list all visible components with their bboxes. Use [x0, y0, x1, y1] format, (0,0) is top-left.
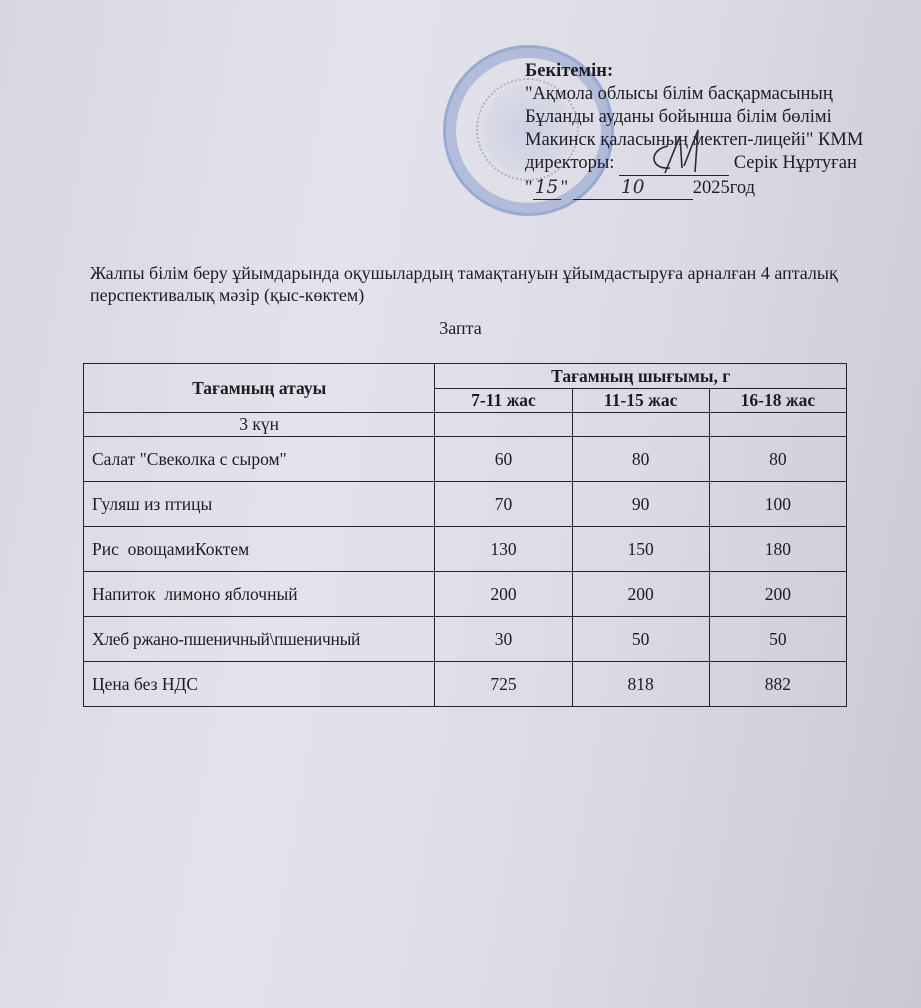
value-cell: 60: [435, 437, 572, 482]
value-cell: 180: [709, 527, 846, 572]
value-cell: 80: [572, 437, 709, 482]
value-cell: 150: [572, 527, 709, 572]
director-name: Серік Нұртуған: [734, 153, 857, 173]
dish-name: Хлеб ржано-пшеничный\пшеничный: [84, 617, 435, 662]
header-age-group: 16-18 жас: [709, 389, 846, 413]
approval-heading: Бекітемін:: [525, 60, 863, 83]
value-cell: 100: [709, 482, 846, 527]
price-value: 818: [572, 662, 709, 707]
table-row: Рис овощамиКоктем 130 150 180: [84, 527, 847, 572]
dish-name: Рис овощамиКоктем: [84, 527, 435, 572]
menu-table: Тағамның атауы Тағамның шығымы, г 7-11 ж…: [83, 363, 847, 707]
dish-name: Гуляш из птицы: [84, 482, 435, 527]
director-label: директоры:: [525, 153, 614, 173]
table-row: Напиток лимоно яблочный 200 200 200: [84, 572, 847, 617]
header-age-group: 7-11 жас: [435, 389, 572, 413]
value-cell: 30: [435, 617, 572, 662]
value-cell: 50: [709, 617, 846, 662]
day-row: 3 күн: [84, 413, 847, 437]
header-output: Тағамның шығымы, г: [435, 364, 847, 389]
value-cell: 130: [435, 527, 572, 572]
table-row: Гуляш из птицы 70 90 100: [84, 482, 847, 527]
signature-icon: [640, 128, 710, 188]
price-label: Цена без НДС: [84, 662, 435, 707]
empty-cell: [435, 413, 572, 437]
value-cell: 90: [572, 482, 709, 527]
document-title: Жалпы білім беру ұйымдарында оқушылардың…: [90, 262, 850, 306]
value-cell: 200: [709, 572, 846, 617]
value-cell: 200: [435, 572, 572, 617]
day-label: 3 күн: [84, 413, 435, 437]
header-row: Тағамның атауы Тағамның шығымы, г: [84, 364, 847, 389]
empty-cell: [709, 413, 846, 437]
price-value: 882: [709, 662, 846, 707]
value-cell: 70: [435, 482, 572, 527]
week-label: 3апта: [0, 318, 921, 339]
value-cell: 50: [572, 617, 709, 662]
value-cell: 80: [709, 437, 846, 482]
approval-line-2: Бұланды ауданы бойынша білім бөлімі: [525, 106, 863, 129]
price-row: Цена без НДС 725 818 882: [84, 662, 847, 707]
approval-line-1: "Ақмола облысы білім басқармасының: [525, 83, 863, 106]
date-day: 15: [533, 176, 561, 200]
dish-name: Салат "Свеколка с сыром": [84, 437, 435, 482]
dish-name: Напиток лимоно яблочный: [84, 572, 435, 617]
value-cell: 200: [572, 572, 709, 617]
table-row: Салат "Свеколка с сыром" 60 80 80: [84, 437, 847, 482]
header-dish-name: Тағамның атауы: [84, 364, 435, 413]
empty-cell: [572, 413, 709, 437]
table-row: Хлеб ржано-пшеничный\пшеничный 30 50 50: [84, 617, 847, 662]
price-value: 725: [435, 662, 572, 707]
header-age-group: 11-15 жас: [572, 389, 709, 413]
